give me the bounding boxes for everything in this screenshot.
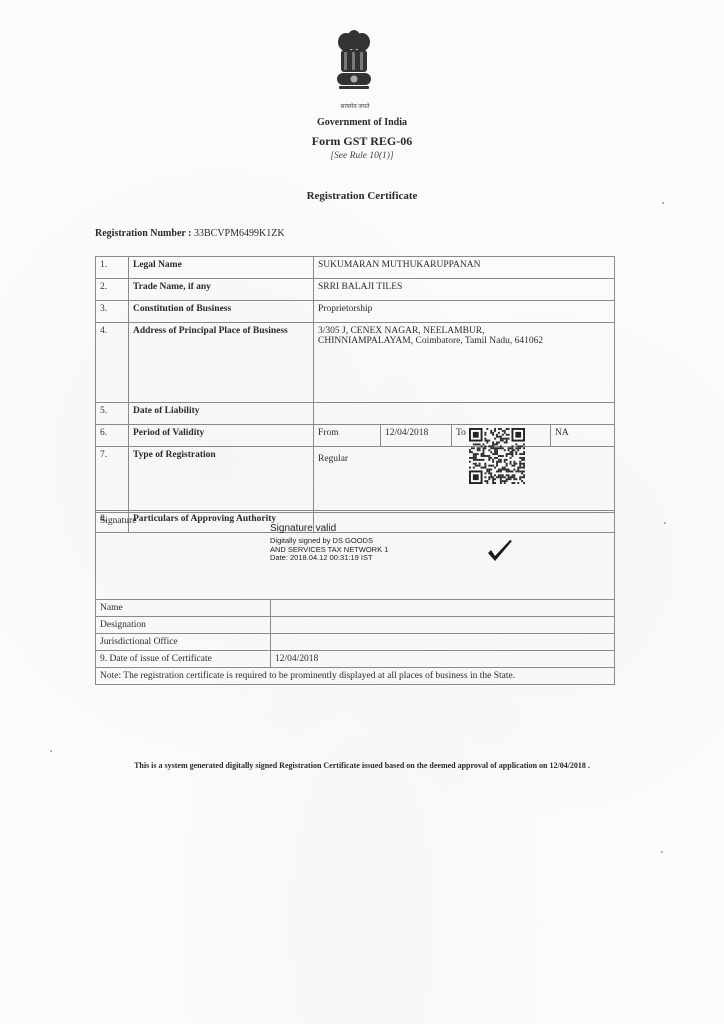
row-number: 4. bbox=[96, 323, 129, 403]
authority-label: Name bbox=[96, 600, 271, 617]
note-row: Note: The registration certificate is re… bbox=[96, 668, 615, 685]
certificate-title: Registration Certificate bbox=[0, 190, 724, 202]
row-label: Constitution of Business bbox=[129, 301, 314, 323]
rule-reference: [See Rule 10(1)] bbox=[0, 151, 724, 161]
trade-name-value: SRRI BALAJI TILES bbox=[314, 279, 615, 301]
registration-number-value: 33BCVPM6499K1ZK bbox=[194, 228, 285, 239]
table-row-date-of-liability: 5. Date of Liability bbox=[96, 403, 615, 425]
type-of-registration-cell: Regular bbox=[314, 447, 615, 511]
date-of-issue-value: 12/04/2018 bbox=[271, 651, 615, 668]
row-number: 2. bbox=[96, 279, 129, 301]
table-row-address: 4. Address of Principal Place of Busines… bbox=[96, 323, 615, 403]
authority-value bbox=[271, 617, 615, 634]
signature-date: Date: 2018.04.12 00:31:19 IST bbox=[270, 554, 388, 563]
signature-status: Signature valid bbox=[270, 523, 388, 534]
table-row-constitution: 3. Constitution of Business Proprietorsh… bbox=[96, 301, 615, 323]
signature-label: Signature bbox=[100, 516, 136, 526]
registration-number-label: Registration Number : bbox=[95, 228, 191, 239]
digital-signature-block: Signature valid Digitally signed by DS G… bbox=[270, 523, 388, 563]
registration-number-line: Registration Number : 33BCVPM6499K1ZK bbox=[95, 228, 285, 239]
row-label: Period of Validity bbox=[129, 425, 314, 447]
legal-name-value: SUKUMARAN MUTHUKARUPPANAN bbox=[314, 257, 615, 279]
state-emblem-of-india-icon bbox=[332, 28, 376, 100]
signature-details: Digitally signed by DS GOODS AND SERVICE… bbox=[270, 537, 388, 563]
system-generated-footer: This is a system generated digitally sig… bbox=[0, 761, 724, 770]
signature-cell: Signature Signature valid Digitally sign… bbox=[96, 513, 615, 600]
registration-details-table: 1. Legal Name SUKUMARAN MUTHUKARUPPANAN … bbox=[95, 256, 615, 533]
emblem-motto: सत्यमेव जयते bbox=[330, 102, 380, 110]
row-number: 3. bbox=[96, 301, 129, 323]
scan-speck bbox=[661, 851, 663, 853]
government-heading: Government of India bbox=[0, 117, 724, 128]
display-note: Note: The registration certificate is re… bbox=[96, 668, 615, 685]
row-number: 1. bbox=[96, 257, 129, 279]
checkmark-icon bbox=[486, 539, 514, 565]
authority-value bbox=[271, 600, 615, 617]
form-title: Form GST REG-06 bbox=[0, 134, 724, 149]
type-of-registration-value: Regular bbox=[318, 454, 610, 464]
address-line-1: 3/305 J, CENEX NAGAR, NEELAMBUR, bbox=[318, 326, 610, 336]
validity-from-label: From bbox=[314, 425, 381, 447]
table-row-period-of-validity: 6. Period of Validity From 12/04/2018 To… bbox=[96, 425, 615, 447]
row-label: Date of Liability bbox=[129, 403, 314, 425]
row-number: 6. bbox=[96, 425, 129, 447]
authority-row-name: Name bbox=[96, 600, 615, 617]
row-label: Type of Registration bbox=[129, 447, 314, 511]
qr-code-icon bbox=[469, 428, 525, 484]
constitution-value: Proprietorship bbox=[314, 301, 615, 323]
authority-label: Designation bbox=[96, 617, 271, 634]
row-number: 7. bbox=[96, 447, 129, 511]
authority-row-jurisdiction: Jurisdictional Office bbox=[96, 634, 615, 651]
scan-speck bbox=[664, 522, 666, 524]
authority-row-date-of-issue: 9. Date of issue of Certificate 12/04/20… bbox=[96, 651, 615, 668]
address-value: 3/305 J, CENEX NAGAR, NEELAMBUR, CHINNIA… bbox=[314, 323, 615, 403]
date-of-liability-value bbox=[314, 403, 615, 425]
table-row-trade-name: 2. Trade Name, if any SRRI BALAJI TILES bbox=[96, 279, 615, 301]
authority-value bbox=[271, 634, 615, 651]
validity-from-value: 12/04/2018 bbox=[381, 425, 452, 447]
authority-label: 9. Date of issue of Certificate bbox=[96, 651, 271, 668]
address-line-2: CHINNIAMPALAYAM, Coimbatore, Tamil Nadu,… bbox=[318, 336, 610, 346]
scan-speck bbox=[50, 750, 52, 752]
validity-to-value: NA bbox=[551, 425, 615, 447]
authority-row-designation: Designation bbox=[96, 617, 615, 634]
row-number: 5. bbox=[96, 403, 129, 425]
row-label: Address of Principal Place of Business bbox=[129, 323, 314, 403]
scan-speck bbox=[662, 202, 664, 204]
signature-row: Signature Signature valid Digitally sign… bbox=[96, 513, 615, 600]
row-label: Legal Name bbox=[129, 257, 314, 279]
table-row-type-of-registration: 7. Type of Registration Regular bbox=[96, 447, 615, 511]
row-label: Trade Name, if any bbox=[129, 279, 314, 301]
authority-table: Signature Signature valid Digitally sign… bbox=[95, 512, 615, 685]
authority-label: Jurisdictional Office bbox=[96, 634, 271, 651]
table-row-legal-name: 1. Legal Name SUKUMARAN MUTHUKARUPPANAN bbox=[96, 257, 615, 279]
